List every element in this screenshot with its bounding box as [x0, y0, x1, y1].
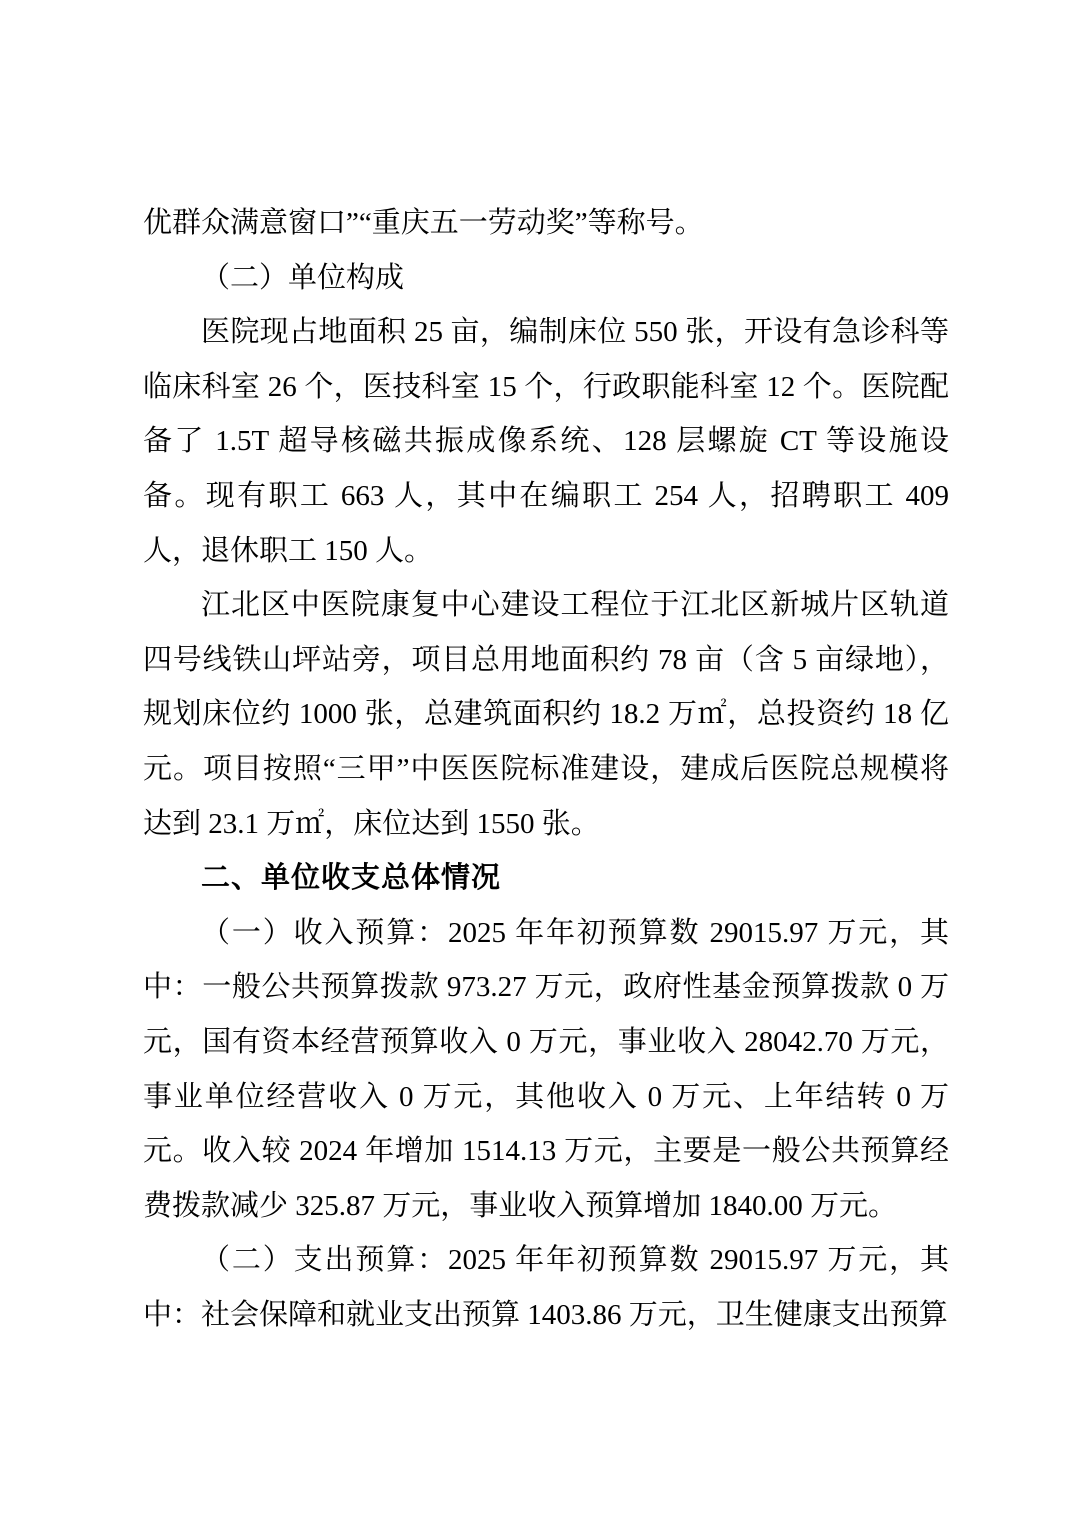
- heading-budget-overview: 二、单位收支总体情况: [143, 851, 949, 906]
- paragraph-expenditure-budget: （二）支出预算：2025 年年初预算数 29015.97 万元，其中：社会保障和…: [143, 1233, 949, 1342]
- income-budget-lead: （一）收入预算：: [201, 917, 448, 949]
- document-page: 优群众满意窗口”“重庆五一劳动奖”等称号。 （二）单位构成 医院现占地面积 25…: [0, 0, 1074, 1520]
- document-body: 优群众满意窗口”“重庆五一劳动奖”等称号。 （二）单位构成 医院现占地面积 25…: [143, 196, 949, 1342]
- subheading-unit-composition: （二）单位构成: [143, 251, 949, 306]
- income-budget-text: 2025 年年初预算数 29015.97 万元，其中：一般公共预算拨款 973.…: [143, 917, 949, 1222]
- paragraph-hospital-facts: 医院现占地面积 25 亩，编制床位 550 张，开设有急诊科等临床科室 26 个…: [143, 305, 949, 578]
- expenditure-budget-lead: （二）支出预算：: [201, 1244, 448, 1276]
- paragraph-awards-tail: 优群众满意窗口”“重庆五一劳动奖”等称号。: [143, 196, 949, 251]
- paragraph-rehab-project: 江北区中医院康复中心建设工程位于江北区新城片区轨道四号线铁山坪站旁，项目总用地面…: [143, 578, 949, 851]
- paragraph-income-budget: （一）收入预算：2025 年年初预算数 29015.97 万元，其中：一般公共预…: [143, 906, 949, 1234]
